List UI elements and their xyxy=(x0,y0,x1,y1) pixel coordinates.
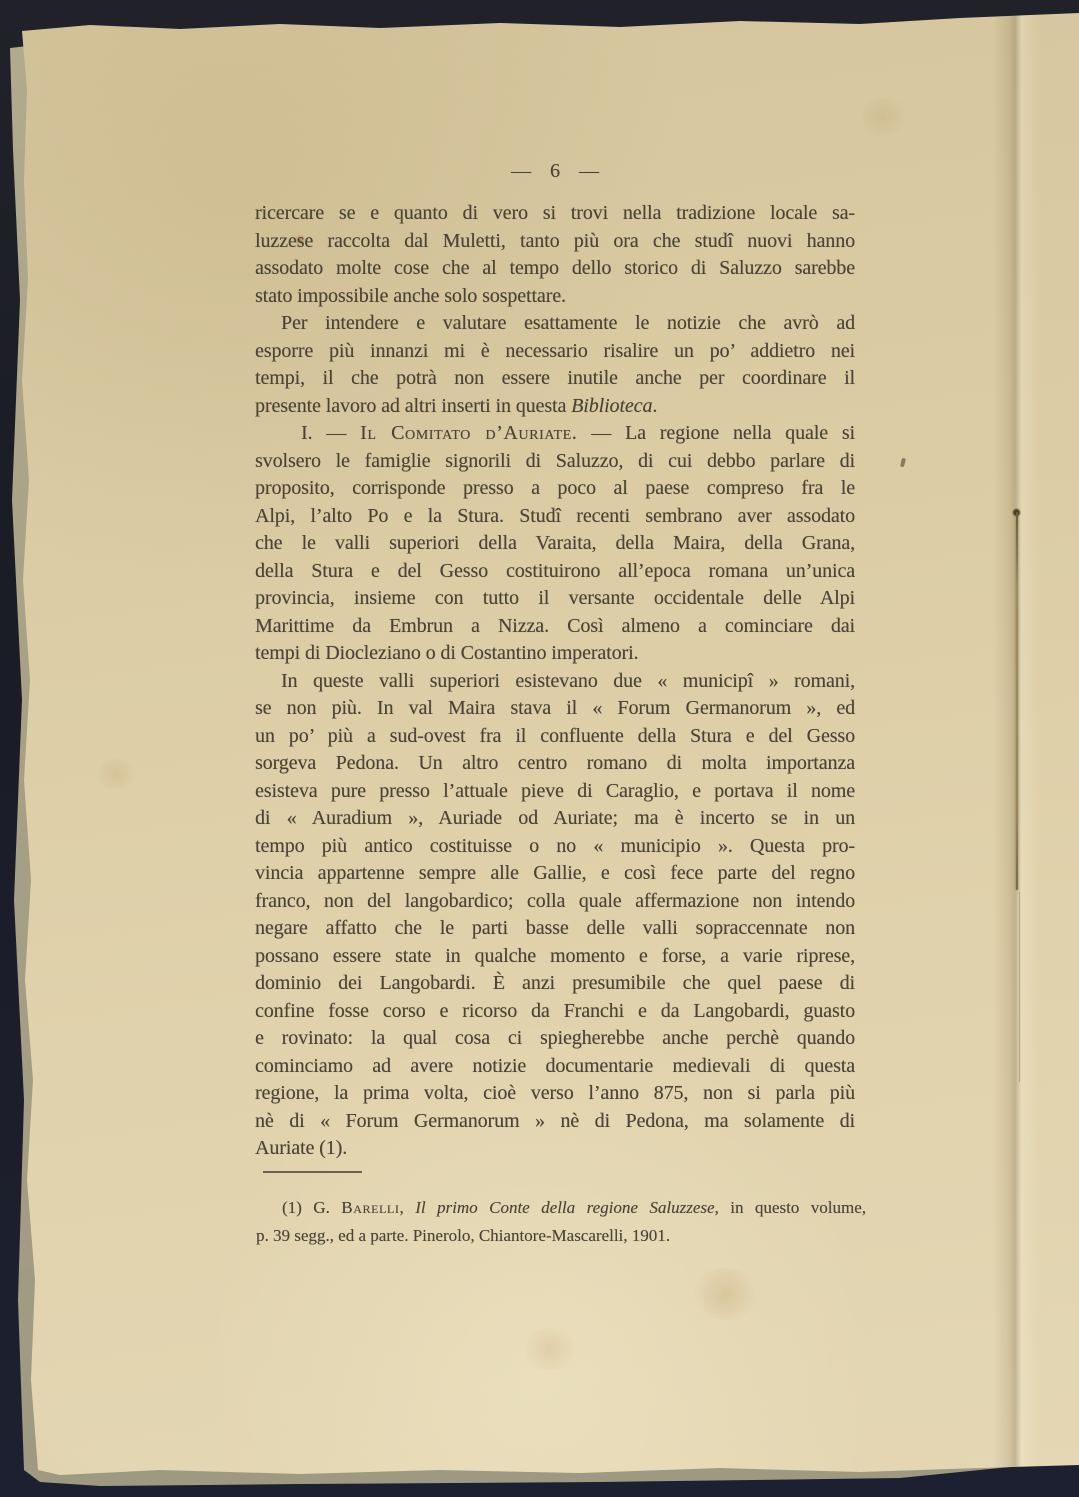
text-run: negare affatto che le parti basse delle … xyxy=(255,917,855,939)
text-run: esisteva pure presso l’attuale pieve di … xyxy=(255,780,855,802)
text-run: , xyxy=(399,1198,415,1217)
footnote: (1) G. Barelli, Il primo Conte della reg… xyxy=(256,1194,866,1250)
text-run: Alpi, l’alto Po e la Stura. Studî recent… xyxy=(255,505,855,527)
smallcaps-text: Il Comitato d’Auriate. xyxy=(360,422,577,444)
text-line: Per intendere e valutare esattamente le … xyxy=(255,310,855,338)
foxing-stain xyxy=(94,758,138,790)
text-run: cominciamo ad avere notizie documentarie… xyxy=(255,1055,855,1077)
text-run: franco, non del langobardico; colla qual… xyxy=(255,890,855,912)
text-line: I. — Il Comitato d’Auriate. — La regione… xyxy=(255,420,855,448)
text-line: ricercare se e quanto di vero si trovi n… xyxy=(255,200,855,228)
text-run: svolsero le famiglie signorili di Saluzz… xyxy=(255,450,855,472)
text-line: della Stura e del Gesso costituirono all… xyxy=(255,558,855,586)
text-run: della Stura e del Gesso costituirono all… xyxy=(255,560,855,582)
text-run: e rovinato: la qual cosa ci spiegherebbe… xyxy=(255,1027,855,1049)
text-line: Alpi, l’alto Po e la Stura. Studî recent… xyxy=(255,503,855,531)
text-line: sorgeva Pedona. Un altro centro romano d… xyxy=(255,750,855,778)
text-run: luzzese raccolta dal Muletti, tanto più … xyxy=(255,230,855,252)
text-line: cominciamo ad avere notizie documentarie… xyxy=(255,1053,855,1081)
gutter-crease xyxy=(1019,892,1020,1082)
text-line: che le valli superiori della Varaita, de… xyxy=(255,530,855,558)
text-line: un po’ più a sud-ovest fra il confluente… xyxy=(255,723,855,751)
text-run: dominio dei Langobardi. È anzi presumibi… xyxy=(255,972,855,994)
text-line: luzzese raccolta dal Muletti, tanto più … xyxy=(255,228,855,256)
text-run: assodato molte cose che al tempo dello s… xyxy=(255,257,855,279)
binding-thread xyxy=(1016,512,1018,890)
text-run: possano essere state in qualche momento … xyxy=(255,945,855,967)
text-run: Per intendere e valutare esattamente le … xyxy=(281,312,855,334)
text-line: tempo più antico costituisse o no « muni… xyxy=(255,833,855,861)
paragraph: Per intendere e valutare esattamente le … xyxy=(255,310,855,420)
text-run: I. — xyxy=(301,422,360,444)
text-line: p. 39 segg., ed a parte. Pinerolo, Chian… xyxy=(256,1222,866,1250)
text-run: confine fosse corso e ricorso da Franchi… xyxy=(255,1000,855,1022)
text-line: regione, la prima volta, cioè verso l’an… xyxy=(255,1080,855,1108)
text-line: nè di « Forum Germanorum » nè di Pedona,… xyxy=(255,1108,855,1136)
text-run: di « Auradium », Auriade od Auriate; ma … xyxy=(255,807,855,829)
text-run: presente lavoro ad altri inserti in ques… xyxy=(255,395,571,417)
text-line: In queste valli superiori esistevano due… xyxy=(255,668,855,696)
italic-text: Il primo Conte della regione Saluzzese, xyxy=(415,1198,719,1217)
text-run: provincia, insieme con tutto il versante… xyxy=(255,587,855,609)
text-run: tempi, il che potrà non essere inutile a… xyxy=(255,367,855,389)
text-run: in questo volume, xyxy=(719,1198,866,1217)
paragraph: (1) G. Barelli, Il primo Conte della reg… xyxy=(256,1194,866,1250)
text-run: che le valli superiori della Varaita, de… xyxy=(255,532,855,554)
text-line: provincia, insieme con tutto il versante… xyxy=(255,585,855,613)
text-line: tempi di Diocleziano o di Costantino imp… xyxy=(255,640,855,668)
text-line: stato impossibile anche solo sospettare. xyxy=(255,283,855,311)
text-line: proposito, corrisponde presso a poco al … xyxy=(255,475,855,503)
text-line: di « Auradium », Auriade od Auriate; ma … xyxy=(255,805,855,833)
text-line: Auriate (1). xyxy=(255,1135,855,1163)
italic-text: Biblioteca xyxy=(571,395,652,417)
text-run: tempo più antico costituisse o no « muni… xyxy=(255,835,855,857)
foxing-stain xyxy=(688,1268,762,1320)
text-line: esporre più innanzi mi è necessario risa… xyxy=(255,338,855,366)
text-run: (1) G. xyxy=(282,1198,341,1217)
text-run: In queste valli superiori esistevano due… xyxy=(281,670,855,692)
text-line: se non più. In val Maira stava il « Foru… xyxy=(255,695,855,723)
text-run: — La regione nella quale si xyxy=(577,422,855,444)
foxing-stain xyxy=(518,1328,582,1370)
text-run: se non più. In val Maira stava il « Foru… xyxy=(255,697,855,719)
text-run: stato impossibile anche solo sospettare. xyxy=(255,285,566,307)
text-line: svolsero le famiglie signorili di Saluzz… xyxy=(255,448,855,476)
foxing-stain xyxy=(856,98,910,136)
text-line: tempi, il che potrà non essere inutile a… xyxy=(255,365,855,393)
text-line: presente lavoro ad altri inserti in ques… xyxy=(255,393,855,421)
text-run: ricercare se e quanto di vero si trovi n… xyxy=(255,202,855,224)
paragraph: In queste valli superiori esistevano due… xyxy=(255,668,855,1163)
text-line: dominio dei Langobardi. È anzi presumibi… xyxy=(255,970,855,998)
text-run: esporre più innanzi mi è necessario risa… xyxy=(255,340,855,362)
paragraph: I. — Il Comitato d’Auriate. — La regione… xyxy=(255,420,855,668)
text-block: ricercare se e quanto di vero si trovi n… xyxy=(255,200,855,1163)
smallcaps-text: Barelli xyxy=(341,1198,399,1217)
ink-speck xyxy=(900,458,906,468)
text-line: franco, non del langobardico; colla qual… xyxy=(255,888,855,916)
text-line: confine fosse corso e ricorso da Franchi… xyxy=(255,998,855,1026)
text-run: Auriate (1). xyxy=(255,1137,347,1159)
text-line: vincia appartenne sempre alle Gallie, e … xyxy=(255,860,855,888)
text-run: tempi di Diocleziano o di Costantino imp… xyxy=(255,642,638,664)
text-line: esisteva pure presso l’attuale pieve di … xyxy=(255,778,855,806)
book-page: — 6 — ricercare se e quanto di vero si t… xyxy=(0,0,1079,1497)
text-run: regione, la prima volta, cioè verso l’an… xyxy=(255,1082,855,1104)
text-run: p. 39 segg., ed a parte. Pinerolo, Chian… xyxy=(256,1226,670,1245)
paragraph: ricercare se e quanto di vero si trovi n… xyxy=(255,200,855,310)
page-number: — 6 — xyxy=(255,160,855,183)
text-run: nè di « Forum Germanorum » nè di Pedona,… xyxy=(255,1110,855,1132)
text-line: assodato molte cose che al tempo dello s… xyxy=(255,255,855,283)
text-line: possano essere state in qualche momento … xyxy=(255,943,855,971)
text-run: proposito, corrisponde presso a poco al … xyxy=(255,477,855,499)
text-run: . xyxy=(652,395,657,417)
scan-background: { "document": { "page_number": "— 6 —", … xyxy=(0,0,1079,1497)
text-line: (1) G. Barelli, Il primo Conte della reg… xyxy=(256,1194,866,1222)
text-line: Marittime da Embrun a Nizza. Così almeno… xyxy=(255,613,855,641)
footnote-separator xyxy=(263,1171,362,1173)
text-line: negare affatto che le parti basse delle … xyxy=(255,915,855,943)
text-run: sorgeva Pedona. Un altro centro romano d… xyxy=(255,752,855,774)
text-run: Marittime da Embrun a Nizza. Così almeno… xyxy=(255,615,855,637)
text-run: vincia appartenne sempre alle Gallie, e … xyxy=(255,862,855,884)
text-line: e rovinato: la qual cosa ci spiegherebbe… xyxy=(255,1025,855,1053)
text-run: un po’ più a sud-ovest fra il confluente… xyxy=(255,725,855,747)
